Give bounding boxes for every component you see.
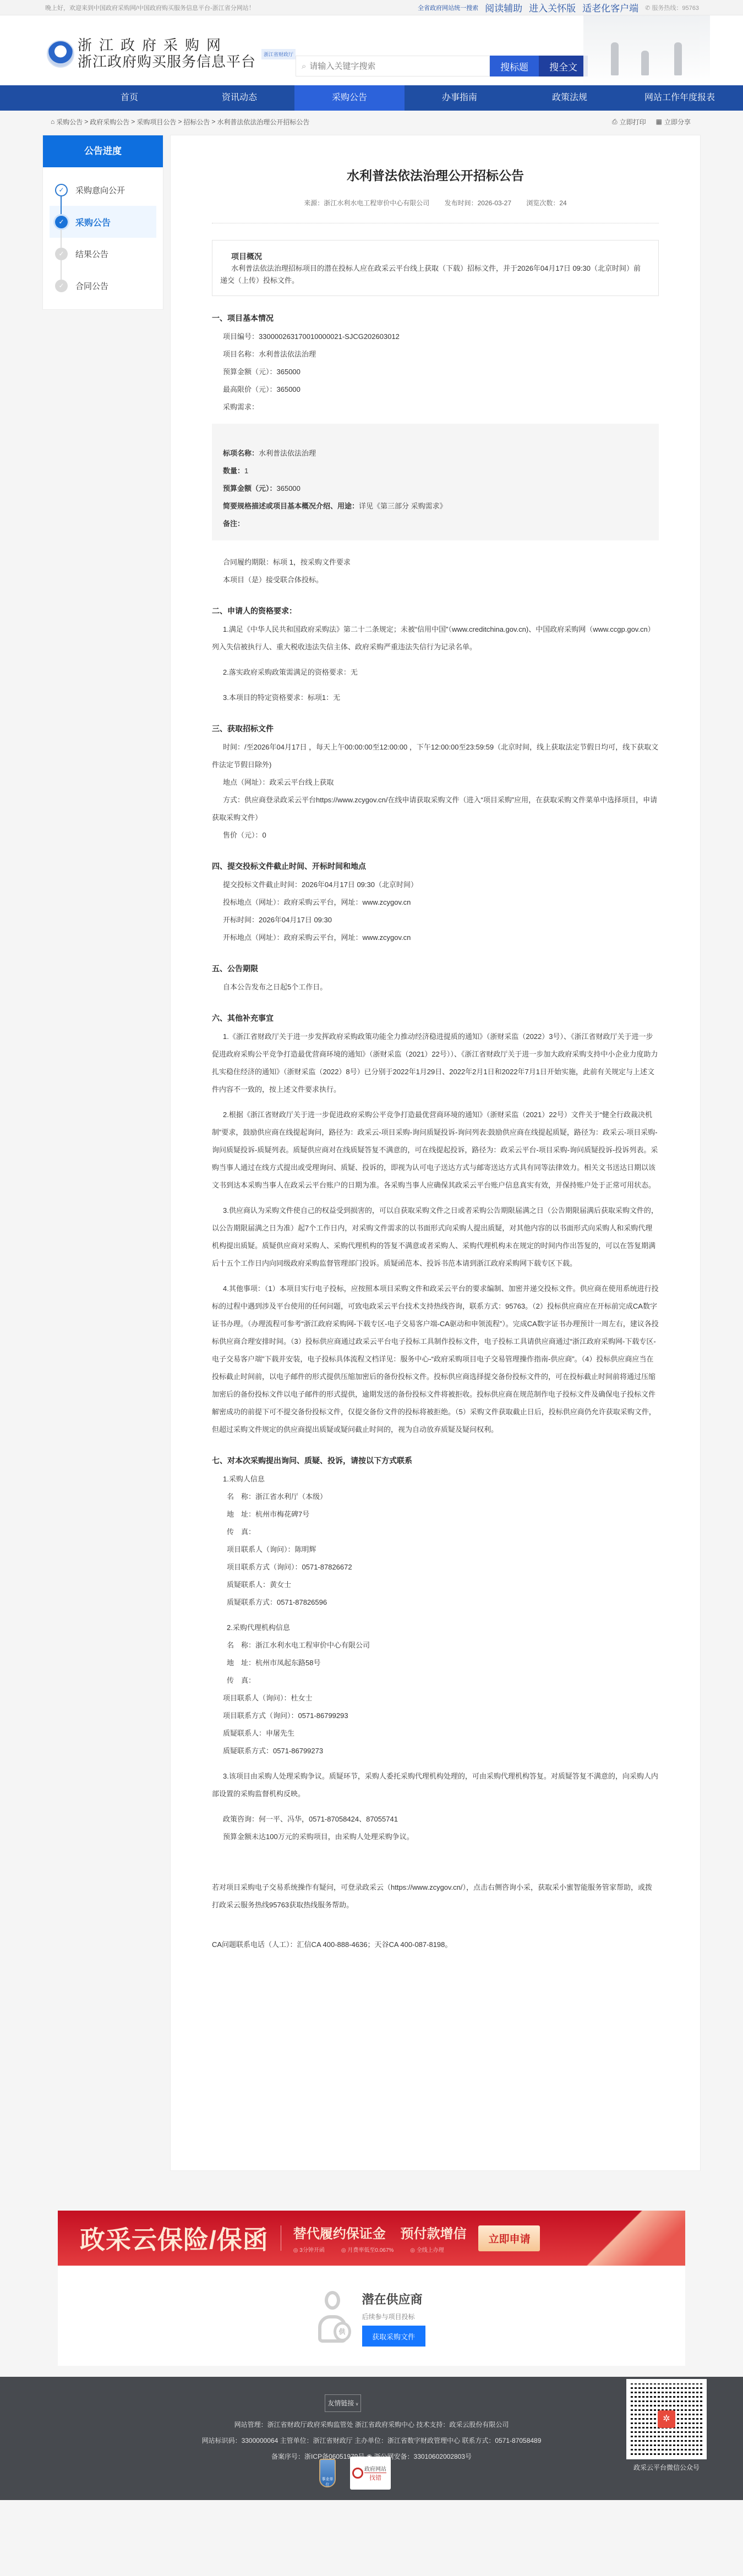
nav-annual-report[interactable]: 网站工作年度报表 bbox=[625, 85, 735, 111]
step-procurement-notice[interactable]: ✓ 采购公告 bbox=[50, 206, 156, 238]
section-obtain-documents: 三、获取招标文件 时间：/至2026年04月17日 ，每天上午00:00:00至… bbox=[212, 723, 659, 844]
share-button[interactable]: ▦立即分享 bbox=[656, 117, 691, 127]
section-supplementary: 六、其他补充事宜 1.《浙江省财政厅关于进一步发挥政府采购政策功能全力推动经济稳… bbox=[212, 1013, 659, 1439]
logo-subtitle: 浙江政府购买服务信息平台 bbox=[78, 54, 256, 70]
promo-title: 政采云保险/保函 bbox=[80, 2220, 269, 2256]
site-search-link[interactable]: 全省政府网站统一搜索 bbox=[418, 3, 478, 12]
check-circle-icon: ✓ bbox=[55, 280, 68, 292]
nav-news[interactable]: 资讯动态 bbox=[184, 85, 294, 111]
step-result-notice[interactable]: ✓ 结果公告 bbox=[50, 238, 156, 270]
care-mode-link[interactable]: 进入关怀版 bbox=[529, 1, 576, 14]
phone-icon: ✆ bbox=[645, 5, 652, 12]
section-deadline: 四、提交投标文件截止时间、开标时间和地点 提交投标文件截止时间：2026年04月… bbox=[212, 861, 659, 947]
qrcode-icon: ▦ bbox=[656, 118, 662, 125]
section-qualifications: 二、申请人的资格要求： 1.满足《中华人民共和国政府采购法》第二十二条规定；未被… bbox=[212, 605, 659, 707]
top-links: 全省政府网站统一搜索 阅读辅助 进入关怀版 适老化客户端 ✆ 服务热线：9576… bbox=[418, 1, 699, 14]
institution-badge-icon[interactable]: 事业单位 bbox=[319, 2459, 336, 2487]
gov-site-error-report[interactable]: 政府网站找错 bbox=[350, 2457, 391, 2490]
view-count: 浏览次数：24 bbox=[526, 199, 566, 207]
elderly-client-link[interactable]: 适老化客户端 bbox=[582, 1, 638, 14]
breadcrumb-bar: ⌂ 采购公告> 政府采购公告> 采购项目公告> 招标公告> 水利普法依法治理公开… bbox=[0, 111, 743, 133]
emblem-icon bbox=[47, 40, 74, 68]
check-circle-icon: ✓ bbox=[55, 216, 68, 228]
search-bar: ⌕ 搜标题 搜全文 bbox=[296, 56, 588, 76]
hotline: ✆ 服务热线：95763 bbox=[645, 3, 699, 12]
insurance-banner[interactable]: 政采云保险/保函 替代履约保证金 预付款增信 ◎ 3分钟开函 ◎ 月费率低至0.… bbox=[58, 2211, 685, 2266]
search-fulltext-button[interactable]: 搜全文 bbox=[539, 56, 588, 76]
apply-now-button[interactable]: 立即申请 bbox=[478, 2225, 540, 2251]
logo-badge: 浙江省财政厅 bbox=[261, 49, 296, 59]
step-contract-notice[interactable]: ✓ 合同公告 bbox=[50, 270, 156, 302]
get-documents-button[interactable]: 获取采购文件 bbox=[362, 2326, 425, 2347]
nav-guide[interactable]: 办事指南 bbox=[405, 85, 515, 111]
print-button[interactable]: ⎙立即打印 bbox=[612, 117, 646, 127]
search-title-button[interactable]: 搜标题 bbox=[490, 56, 539, 76]
divider bbox=[212, 223, 659, 223]
site-logo[interactable]: 浙江政府采购网 浙江政府购买服务信息平台 浙江省财政厅 bbox=[47, 37, 296, 70]
nav-policy[interactable]: 政策法规 bbox=[515, 85, 625, 111]
logo-title: 浙江政府采购网 bbox=[78, 37, 256, 54]
header: 浙江政府采购网 浙江政府购买服务信息平台 浙江省财政厅 ⌕ 搜标题 搜全文 bbox=[0, 15, 743, 85]
step-connector bbox=[61, 260, 62, 280]
home-icon: ⌂ bbox=[51, 118, 54, 125]
friendly-links-dropdown[interactable]: 友情链接 v bbox=[325, 2394, 361, 2412]
reading-aid-link[interactable]: 阅读辅助 bbox=[485, 1, 522, 14]
page-title: 水利普法依法治理公开招标公告 bbox=[212, 166, 659, 184]
nav-home[interactable]: 首页 bbox=[74, 85, 184, 111]
breadcrumb-item[interactable]: 采购公告 bbox=[56, 117, 83, 127]
zcy-logo-icon: ✲ bbox=[658, 2410, 675, 2428]
promo-illustration bbox=[575, 2211, 685, 2266]
source: 来源：浙江水利水电工程审价中心有限公司 bbox=[304, 199, 429, 207]
wechat-qrcode: ✲ 政采云平台微信公众号 bbox=[626, 2379, 707, 2472]
search-icon: ⌕ bbox=[302, 62, 306, 71]
potential-supplier-panel: 供 潜在供应商 后续参与项目投标 获取采购文件 bbox=[58, 2266, 685, 2366]
top-bar: 晚上好，欢迎来到中国政府采购网/中国政府购买服务信息平台-浙江省分网站！ 全省政… bbox=[0, 0, 743, 15]
supplier-title: 潜在供应商 bbox=[362, 2290, 425, 2307]
nav-procurement-notices[interactable]: 采购公告 bbox=[294, 85, 405, 111]
supplier-avatar-icon: 供 bbox=[318, 2291, 351, 2346]
breadcrumb-item[interactable]: 招标公告 bbox=[183, 117, 210, 127]
check-circle-icon: ✓ bbox=[55, 184, 68, 196]
section-basic-info: 一、项目基本情况 项目编号：330000263170010000021-SJCG… bbox=[212, 313, 659, 589]
article: 水利普法依法治理公开招标公告 来源：浙江水利水电工程审价中心有限公司 发布时间：… bbox=[170, 135, 701, 2171]
footer: 友情链接 v 网站管理：浙江省财政厅政府采购监管处 浙江省政府采购中心 技术支持… bbox=[0, 2377, 743, 2500]
section-contacts: 七、对本次采购提出询问、质疑、投诉，请按以下方式联系 1.采购人信息 名 称：浙… bbox=[212, 1455, 659, 1846]
lot-box: 标项名称：水利普法依法治理 数量：1 预算金额（元）：365000 简要规格描述… bbox=[212, 424, 659, 540]
check-circle-icon: ✓ bbox=[55, 248, 68, 260]
breadcrumb-current: 水利普法依法治理公开招标公告 bbox=[217, 117, 309, 127]
step-connector bbox=[61, 228, 62, 248]
help-text: 若对项目采购电子交易系统操作有疑问，可登录政采云（https://www.zcy… bbox=[212, 1879, 659, 1914]
breadcrumb: ⌂ 采购公告> 政府采购公告> 采购项目公告> 招标公告> 水利普法依法治理公开… bbox=[51, 117, 309, 127]
breadcrumb-item[interactable]: 采购项目公告 bbox=[136, 117, 176, 127]
printer-icon: ⎙ bbox=[612, 118, 618, 126]
breadcrumb-item[interactable]: 政府采购公告 bbox=[90, 117, 129, 127]
section-notice-period: 五、公告期限 自本公告发布之日起5个工作日。 bbox=[212, 963, 659, 996]
magnifier-icon bbox=[352, 2468, 363, 2479]
publish-time: 发布时间：2026-03-27 bbox=[445, 199, 511, 207]
progress-sidebar: 公告进度 ✓ 采购意向公开 ✓ 采购公告 ✓ 结果公告 ✓ 合同公告 bbox=[42, 135, 163, 310]
project-summary: 项目概况 水利普法依法治理招标项目的潜在投标人应在政采云平台线上获取（下载）招标… bbox=[212, 240, 659, 296]
chevron-down-icon: v bbox=[356, 2402, 358, 2407]
ca-contact: CA问题联系电话（人工）：汇信CA 400-888-4636；天谷CA 400-… bbox=[212, 1936, 659, 1954]
main-nav: 首页 资讯动态 采购公告 办事指南 政策法规 网站工作年度报表 bbox=[0, 85, 743, 111]
welcome-text: 晚上好，欢迎来到中国政府采购网/中国政府购买服务信息平台-浙江省分网站！ bbox=[45, 3, 255, 12]
supplier-subtitle: 后续参与项目投标 bbox=[362, 2312, 425, 2321]
step-connector bbox=[61, 196, 62, 216]
article-meta: 来源：浙江水利水电工程审价中心有限公司 发布时间：2026-03-27 浏览次数… bbox=[212, 198, 659, 207]
header-decoration bbox=[583, 15, 710, 85]
step-intention[interactable]: ✓ 采购意向公开 bbox=[50, 174, 156, 206]
sidebar-title: 公告进度 bbox=[43, 135, 163, 167]
search-input[interactable] bbox=[309, 62, 474, 71]
